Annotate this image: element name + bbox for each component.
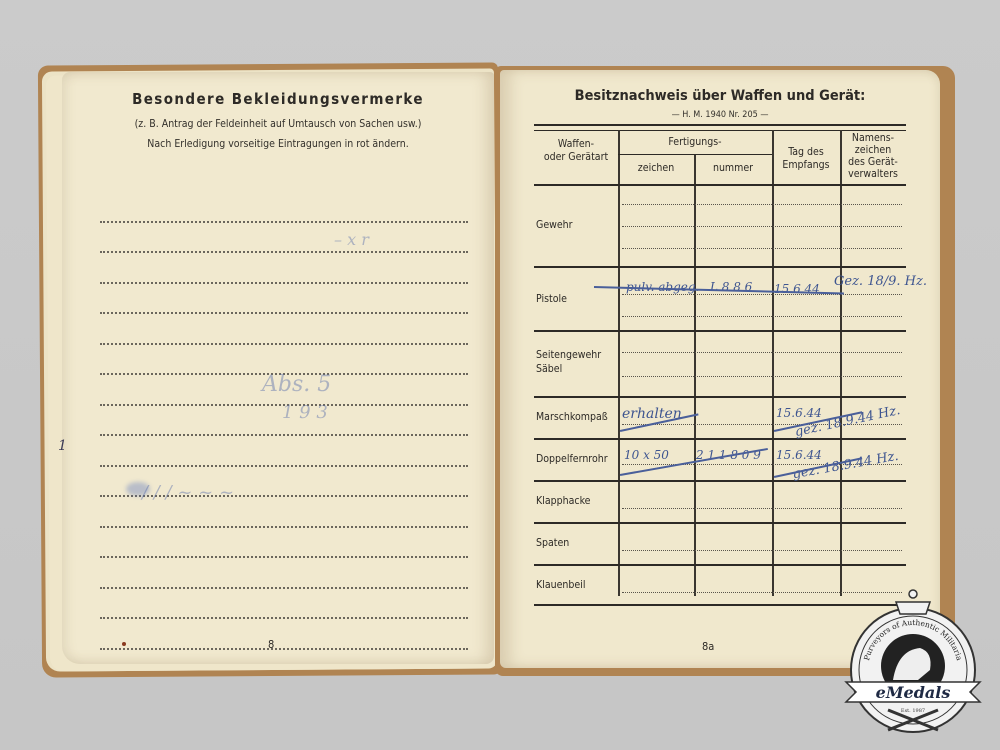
entry-pistole-tag: 15.6.44 — [774, 282, 820, 296]
page-number: 8a — [702, 640, 714, 653]
col-header-date: Tag desEmpfangs — [772, 146, 840, 172]
left-page: Besondere Bekleidungsvermerke (z. B. Ant… — [62, 72, 494, 664]
row-label-klapphacke: Klapphacke — [534, 494, 618, 508]
row-label-marschkompass: Marschkompaß — [534, 410, 618, 424]
row-label-gewehr: Gewehr — [534, 218, 618, 232]
logo-est-text: Est. 1987 — [901, 708, 925, 714]
regulation-reference: — H. M. 1940 Nr. 205 — — [500, 110, 940, 120]
row-label-pistole: Pistole — [534, 292, 618, 306]
right-page: Besitznachweis über Waffen und Gerät: — … — [500, 70, 940, 668]
row-label-seitengewehr: SeitengewehrSäbel — [534, 348, 618, 376]
row-label-spaten: Spaten — [534, 536, 618, 550]
logo-brand-text: eMedals — [876, 683, 951, 702]
col-header-type: Waffen-oder Gerätart — [534, 138, 618, 164]
col-header-signature: Namens-zeichen des Gerät-verwalters — [840, 132, 906, 180]
entry-doppelfernrohr-tag: 15.6.44 — [776, 448, 822, 462]
left-page-subtitle-1: (z. B. Antrag der Feldeinheit auf Umtaus… — [62, 118, 494, 130]
stain-dot — [122, 642, 126, 646]
left-page-title: Besondere Bekleidungsvermerke — [62, 90, 494, 108]
col-header-nummer: nummer — [694, 162, 772, 175]
left-page-subtitle-2: Nach Erledigung vorseitige Eintragungen … — [62, 138, 494, 150]
weapons-equipment-table: Waffen-oder Gerätart Fertigungs- zeichen… — [534, 124, 906, 604]
emedals-watermark-logo: eMedals Est. 1987 Purveyors of Authentic… — [838, 580, 988, 745]
col-header-fertigungs: Fertigungs- — [618, 136, 772, 149]
entry-pistole-nummer: L 8 8 6 — [710, 280, 752, 294]
entry-pistole-signature: Gez. 18/9. Hz. — [834, 274, 927, 289]
entry-marschkompass-tag: 15.6.44 — [776, 406, 822, 420]
faint-pencil-mark: – x r — [334, 230, 369, 249]
entry-doppelfernrohr-zeichen: 10 x 50 — [624, 448, 669, 462]
right-page-title: Besitznachweis über Waffen und Gerät: — [500, 88, 940, 104]
row-label-klauenbeil: Klauenbeil — [534, 578, 618, 592]
faint-pencil-mark: / / / ~ ~ ~ — [142, 482, 234, 503]
col-header-zeichen: zeichen — [618, 162, 694, 175]
row-label-doppelfernrohr: Doppelfernrohr — [534, 452, 618, 466]
margin-mark: 1 — [58, 438, 67, 454]
faint-pencil-mark: 1 9 3 — [282, 402, 328, 423]
faint-pencil-mark: Abs. 5 — [262, 372, 331, 397]
page-number: 8 — [268, 638, 274, 651]
